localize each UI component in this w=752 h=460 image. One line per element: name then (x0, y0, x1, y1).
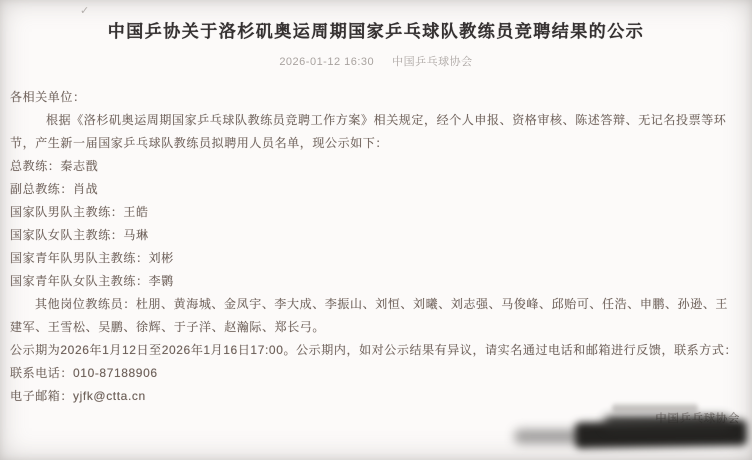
other-coaches-paragraph: 其他岗位教练员：杜朋、黄海城、金凤宇、李大成、李振山、刘恒、刘曦、刘志强、马俊峰… (10, 293, 740, 339)
contact-email-address: yjfk@ctta.cn (73, 389, 146, 403)
page-title: 中国乒协关于洛杉矶奥运周期国家乒乓球队教练员竞聘结果的公示 (0, 0, 752, 42)
announcement-page: ✓ 中国乒协关于洛杉矶奥运周期国家乒乓球队教练员竞聘结果的公示 2026-01-… (0, 0, 752, 460)
appointment-name: 刘彬 (149, 251, 174, 265)
appointment-line-junior-mens-head-coach: 国家青年队男队主教练：刘彬 (10, 247, 740, 270)
appointment-role: 国家青年队男队主教练： (10, 251, 149, 265)
corner-check-mark: ✓ (80, 4, 89, 17)
appointment-line-head-coach: 总教练：秦志戬 (10, 155, 740, 178)
appointment-name: 王皓 (123, 205, 148, 219)
blurred-watermark-text (612, 404, 698, 412)
contact-email-label: 电子邮箱： (10, 389, 73, 403)
article-body: 各相关单位： 根据《洛杉矶奥运周期国家乒乓球队教练员竞聘工作方案》相关规定，经个… (10, 86, 740, 431)
appointment-line-junior-womens-head-coach: 国家青年队女队主教练：李鹮 (10, 270, 740, 293)
intro-paragraph: 根据《洛杉矶奥运周期国家乒乓球队教练员竞聘工作方案》相关规定，经个人申报、资格审… (10, 109, 740, 155)
appointment-name: 秦志戬 (60, 159, 98, 173)
contact-phone-number: 010-87188906 (73, 366, 158, 380)
appointment-role: 总教练： (10, 159, 60, 173)
salutation-line: 各相关单位： (10, 86, 740, 109)
appointment-role: 国家队男队主教练： (10, 205, 123, 219)
appointment-name: 李鹮 (149, 274, 174, 288)
notice-paragraph: 公示期为2026年1月12日至2026年1月16日17:00。公示期内，如对公示… (10, 339, 740, 362)
other-coaches-label: 其他岗位教练员： (35, 297, 136, 311)
appointment-role: 国家队女队主教练： (10, 228, 123, 242)
appointment-role: 副总教练： (10, 182, 73, 196)
contact-phone-line: 联系电话：010-87188906 (10, 362, 740, 385)
appointment-line-deputy-head-coach: 副总教练：肖战 (10, 178, 740, 201)
appointment-role: 国家青年队女队主教练： (10, 274, 149, 288)
appointment-name: 肖战 (73, 182, 98, 196)
contact-phone-label: 联系电话： (10, 366, 73, 380)
appointment-line-womens-head-coach: 国家队女队主教练：马琳 (10, 224, 740, 247)
publish-timestamp: 2026-01-12 16:30 (279, 56, 374, 68)
blurred-watermark-stamp-top (604, 416, 730, 430)
article-meta: 2026-01-12 16:30中国乒乓球协会 (0, 53, 752, 69)
appointment-name: 马琳 (123, 228, 148, 242)
publisher-name: 中国乒乓球协会 (392, 56, 473, 68)
appointment-line-mens-head-coach: 国家队男队主教练：王皓 (10, 201, 740, 224)
